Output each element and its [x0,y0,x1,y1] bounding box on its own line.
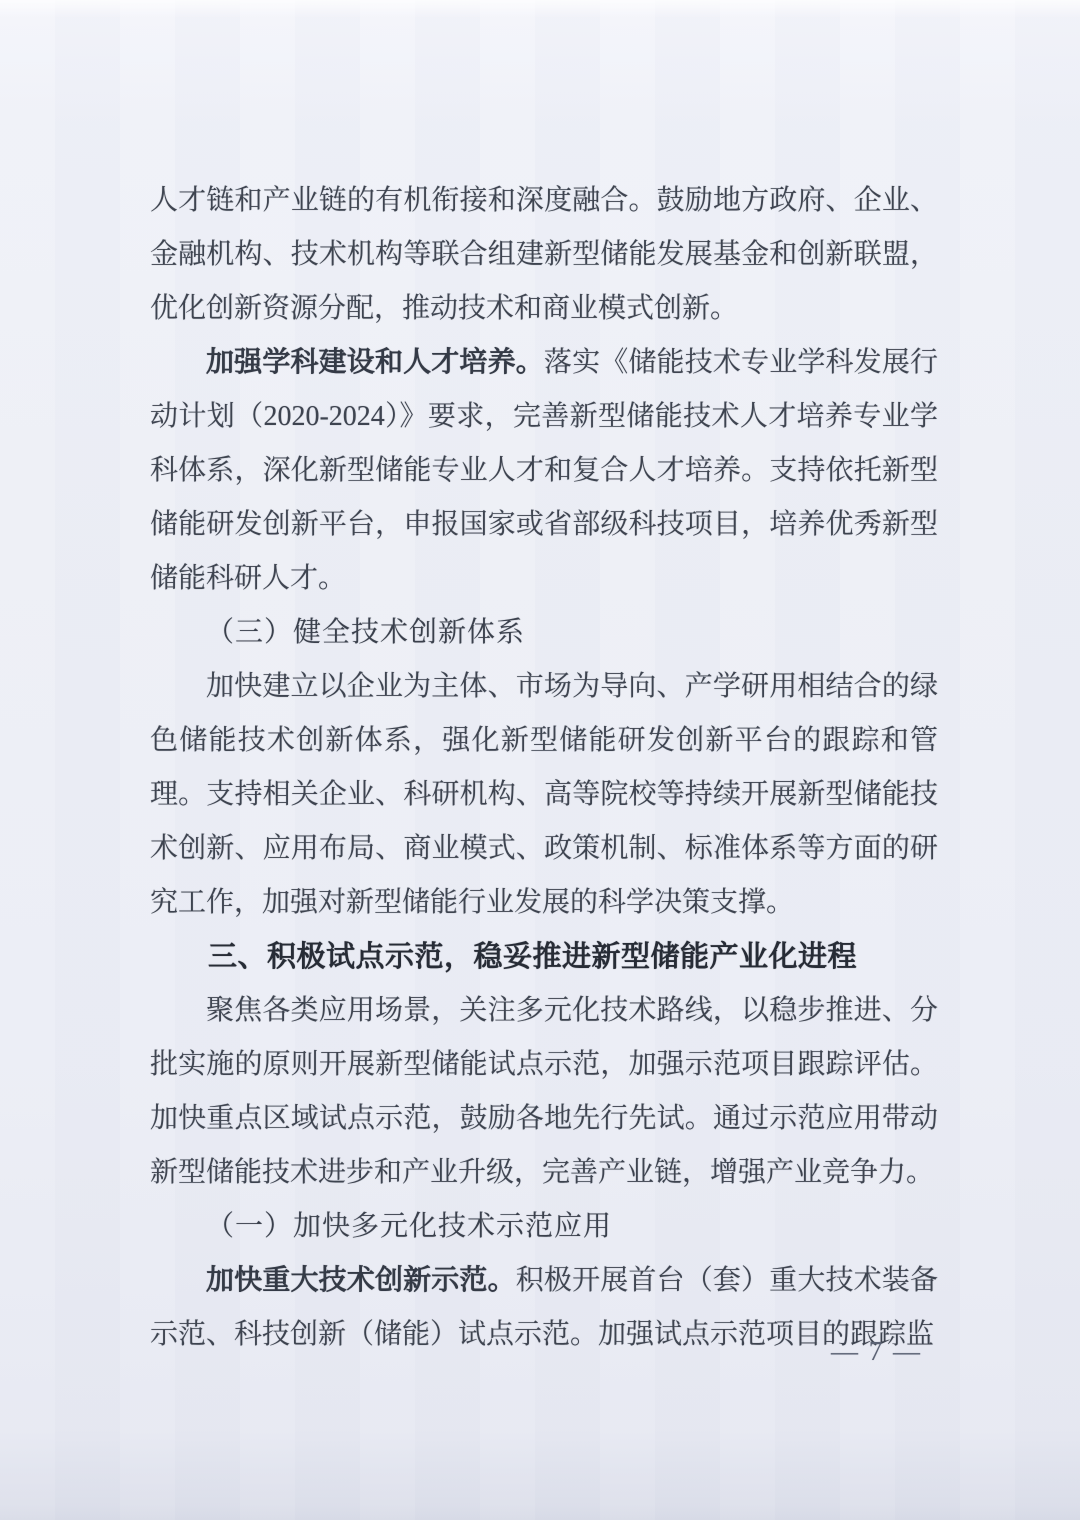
paragraph-lead: 加强学科建设和人才培养。 [206,347,544,378]
paragraph: 加快建立以企业为主体、市场为导向、产学研用相结合的绿色储能技术创新体系，强化新型… [150,660,938,930]
paragraph: 聚焦各类应用场景，关注多元化技术路线，以稳步推进、分批实施的原则开展新型储能试点… [150,984,938,1200]
paragraph: 人才链和产业链的有机衔接和深度融合。鼓励地方政府、企业、金融机构、技术机构等联合… [150,174,938,336]
paragraph-lead: 加快重大技术创新示范。 [206,1265,516,1296]
sub-heading-technology-innovation-system: （三）健全技术创新体系 [150,606,938,660]
paragraph-text: 落实《储能技术专业学科发展行动计划（2020-2024）》要求，完善新型储能技术… [150,347,938,594]
page-number: — 7 — [0,1336,922,1367]
section-heading-pilot-demonstration: 三、积极试点示范，稳妥推进新型储能产业化进程 [150,930,938,984]
document-text-block: 人才链和产业链的有机衔接和深度融合。鼓励地方政府、企业、金融机构、技术机构等联合… [150,174,938,1362]
paragraph: 加强学科建设和人才培养。落实《储能技术专业学科发展行动计划（2020-2024）… [150,336,938,606]
sub-heading-diversified-technology-demo: （一）加快多元化技术示范应用 [150,1200,938,1254]
document-page: 人才链和产业链的有机衔接和深度融合。鼓励地方政府、企业、金融机构、技术机构等联合… [0,0,1080,1520]
